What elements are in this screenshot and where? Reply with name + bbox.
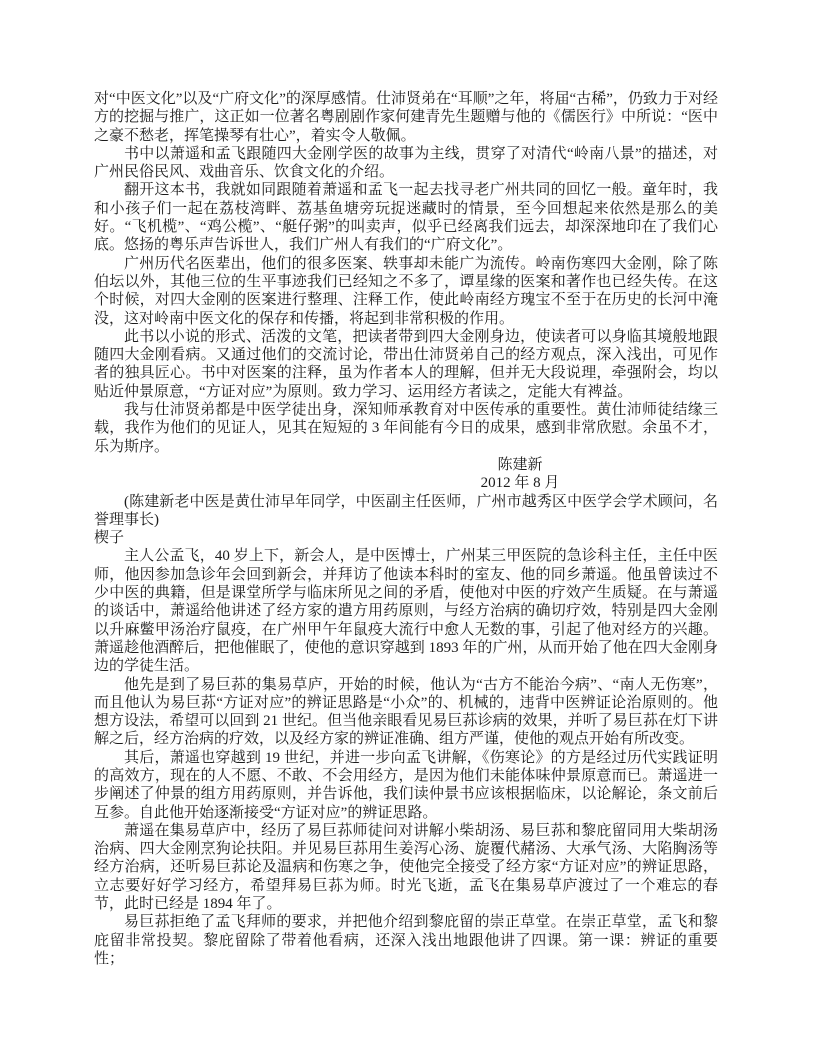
paragraph: 主人公孟飞，40 岁上下，新会人，是中医博士，广州某三甲医院的急诊科主任，主任中… <box>94 547 718 675</box>
paragraph: 他先是到了易巨荪的集易草庐，开始的时候，他认为“古方不能治今病”、“南人无伤寒”… <box>94 676 718 749</box>
paragraph: 我与仕沛贤弟都是中医学徒出身，深知师承教育对中医传承的重要性。黄仕沛师徒结缘三载… <box>94 401 718 456</box>
document-page: 对“中医文化”以及“广府文化”的深厚感情。仕沛贤弟在“耳顺”之年，将届“古稀”，… <box>0 0 816 1056</box>
signature-date: 2012 年 8 月 <box>94 474 718 492</box>
document-body: 对“中医文化”以及“广府文化”的深厚感情。仕沛贤弟在“耳顺”之年，将届“古稀”，… <box>94 90 718 968</box>
section-heading: 楔子 <box>94 529 718 547</box>
signature-name: 陈建新 <box>94 456 718 474</box>
paragraph: (陈建新老中医是黄仕沛早年同学，中医副主任医师，广州市越秀区中医学会学术顾问，名… <box>94 493 718 530</box>
paragraph: 其后，萧遥也穿越到 19 世纪，并进一步向孟飞讲解，《伤寒论》的方是经过历代实践… <box>94 749 718 822</box>
paragraph: 书中以萧遥和孟飞跟随四大金刚学医的故事为主线，贯穿了对清代“岭南八景”的描述，对… <box>94 145 718 182</box>
paragraph: 易巨荪拒绝了孟飞拜师的要求，并把他介绍到黎庇留的崇正草堂。在崇正草堂，孟飞和黎庇… <box>94 913 718 968</box>
continued-paragraph: 对“中医文化”以及“广府文化”的深厚感情。仕沛贤弟在“耳顺”之年，将届“古稀”，… <box>94 90 718 145</box>
paragraph: 翻开这本书，我就如同跟随着萧遥和孟飞一起去找寻老广州共同的回忆一般。童年时，我和… <box>94 181 718 254</box>
paragraph: 此书以小说的形式、活泼的文笔，把读者带到四大金刚身边，使读者可以身临其境般地跟随… <box>94 328 718 401</box>
paragraph: 萧遥在集易草庐中，经历了易巨荪师徒问对讲解小柴胡汤、易巨荪和黎庇留同用大柴胡汤治… <box>94 822 718 913</box>
paragraph: 广州历代名医辈出，他们的很多医案、轶事却未能广为流传。岭南伤寒四大金刚，除了陈伯… <box>94 255 718 328</box>
